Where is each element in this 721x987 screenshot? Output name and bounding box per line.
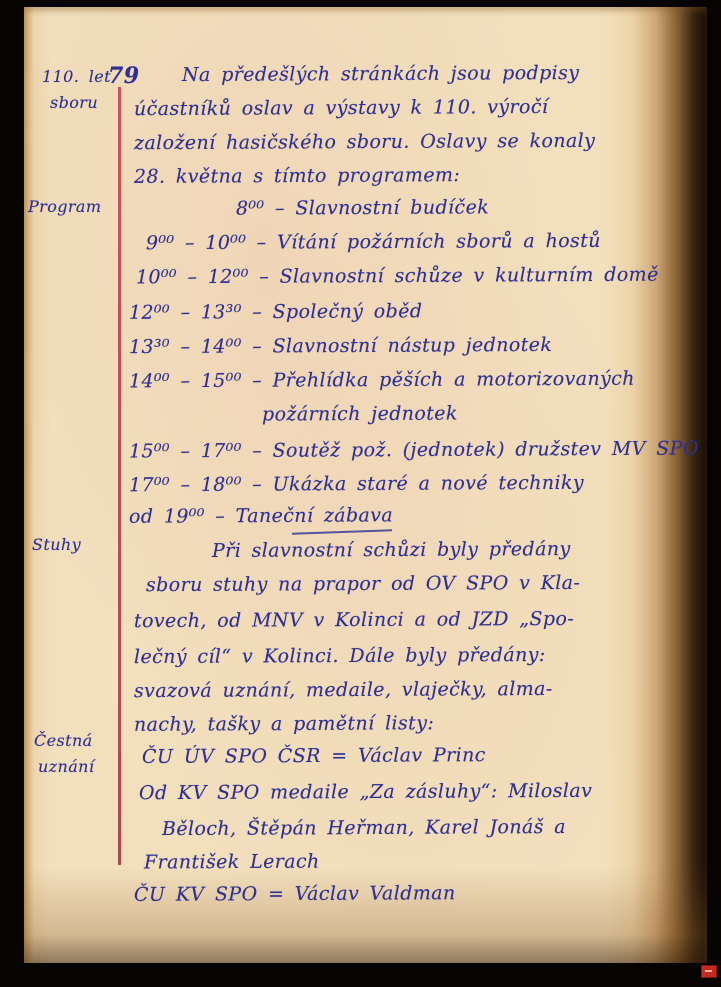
chronicle-photo-frame: 110. let sboru 79 Program Stuhy Čestná u…: [0, 0, 721, 987]
program-line: 12⁰⁰ – 13³⁰ – Společný oběd: [129, 300, 423, 324]
margin-note-ribbons: Stuhy: [32, 535, 81, 554]
honors-line: Od KV SPO medaile „Za zásluhy“: Miloslav: [139, 780, 592, 804]
honors-line: František Lerach: [144, 851, 320, 874]
program-line: 13³⁰ – 14⁰⁰ – Slavnostní nástup jednotek: [129, 334, 552, 358]
red-watermark-badge: [701, 965, 717, 978]
handwriting-line: tovech, od MNV v Kolinci a od JZD „Spo-: [134, 608, 574, 632]
honors-line: ČU ÚV SPO ČSR = Václav Princ: [142, 744, 486, 768]
margin-note-honors-line2: uznání: [38, 757, 94, 776]
handwriting-line: 28. května s tímto programem:: [134, 164, 460, 188]
program-line: 14⁰⁰ – 15⁰⁰ – Přehlídka pěších a motoriz…: [129, 368, 635, 393]
program-line: od 19⁰⁰ – Taneční zábava: [129, 504, 393, 527]
honors-line: ČU KV SPO = Václav Valdman: [134, 882, 456, 906]
margin-note-honors-line1: Čestná: [34, 731, 93, 750]
red-margin-rule: [118, 87, 121, 865]
program-line: požárních jednotek: [262, 402, 458, 425]
underline-flourish: [292, 529, 392, 534]
program-line: 17⁰⁰ – 18⁰⁰ – Ukázka staré a nové techni…: [129, 472, 584, 496]
notebook-page: 110. let sboru 79 Program Stuhy Čestná u…: [24, 7, 707, 963]
margin-note-anniversary-line1: 110. let: [42, 67, 111, 86]
handwriting-line: nachy, tašky a pamětní listy:: [134, 712, 434, 736]
honors-line: Běloch, Štěpán Heřman, Karel Jonáš a: [162, 816, 566, 840]
handwriting-line: svazová uznání, medaile, vlaječky, alma-: [134, 678, 553, 702]
handwriting-line: lečný cíl“ v Kolinci. Dále byly předány:: [134, 644, 546, 668]
margin-note-program: Program: [28, 197, 101, 216]
program-line: 8⁰⁰ – Slavnostní budíček: [236, 196, 489, 219]
handwriting-line: účastníků oslav a výstavy k 110. výročí: [134, 96, 548, 120]
page-number: 79: [108, 63, 139, 89]
handwriting-line: Na předešlých stránkách jsou podpisy: [182, 62, 580, 86]
program-line: 10⁰⁰ – 12⁰⁰ – Slavnostní schůze v kultur…: [136, 264, 659, 289]
program-line: 9⁰⁰ – 10⁰⁰ – Vítání požárních sborů a ho…: [146, 230, 601, 254]
handwriting-line: založení hasičského sboru. Oslavy se kon…: [134, 130, 595, 154]
program-line: 15⁰⁰ – 17⁰⁰ – Soutěž pož. (jednotek) dru…: [129, 438, 699, 463]
handwriting-line: sboru stuhy na prapor od OV SPO v Kla-: [146, 572, 580, 596]
margin-note-anniversary-line2: sboru: [50, 93, 98, 112]
handwriting-line: Při slavnostní schůzi byly předány: [212, 538, 571, 562]
